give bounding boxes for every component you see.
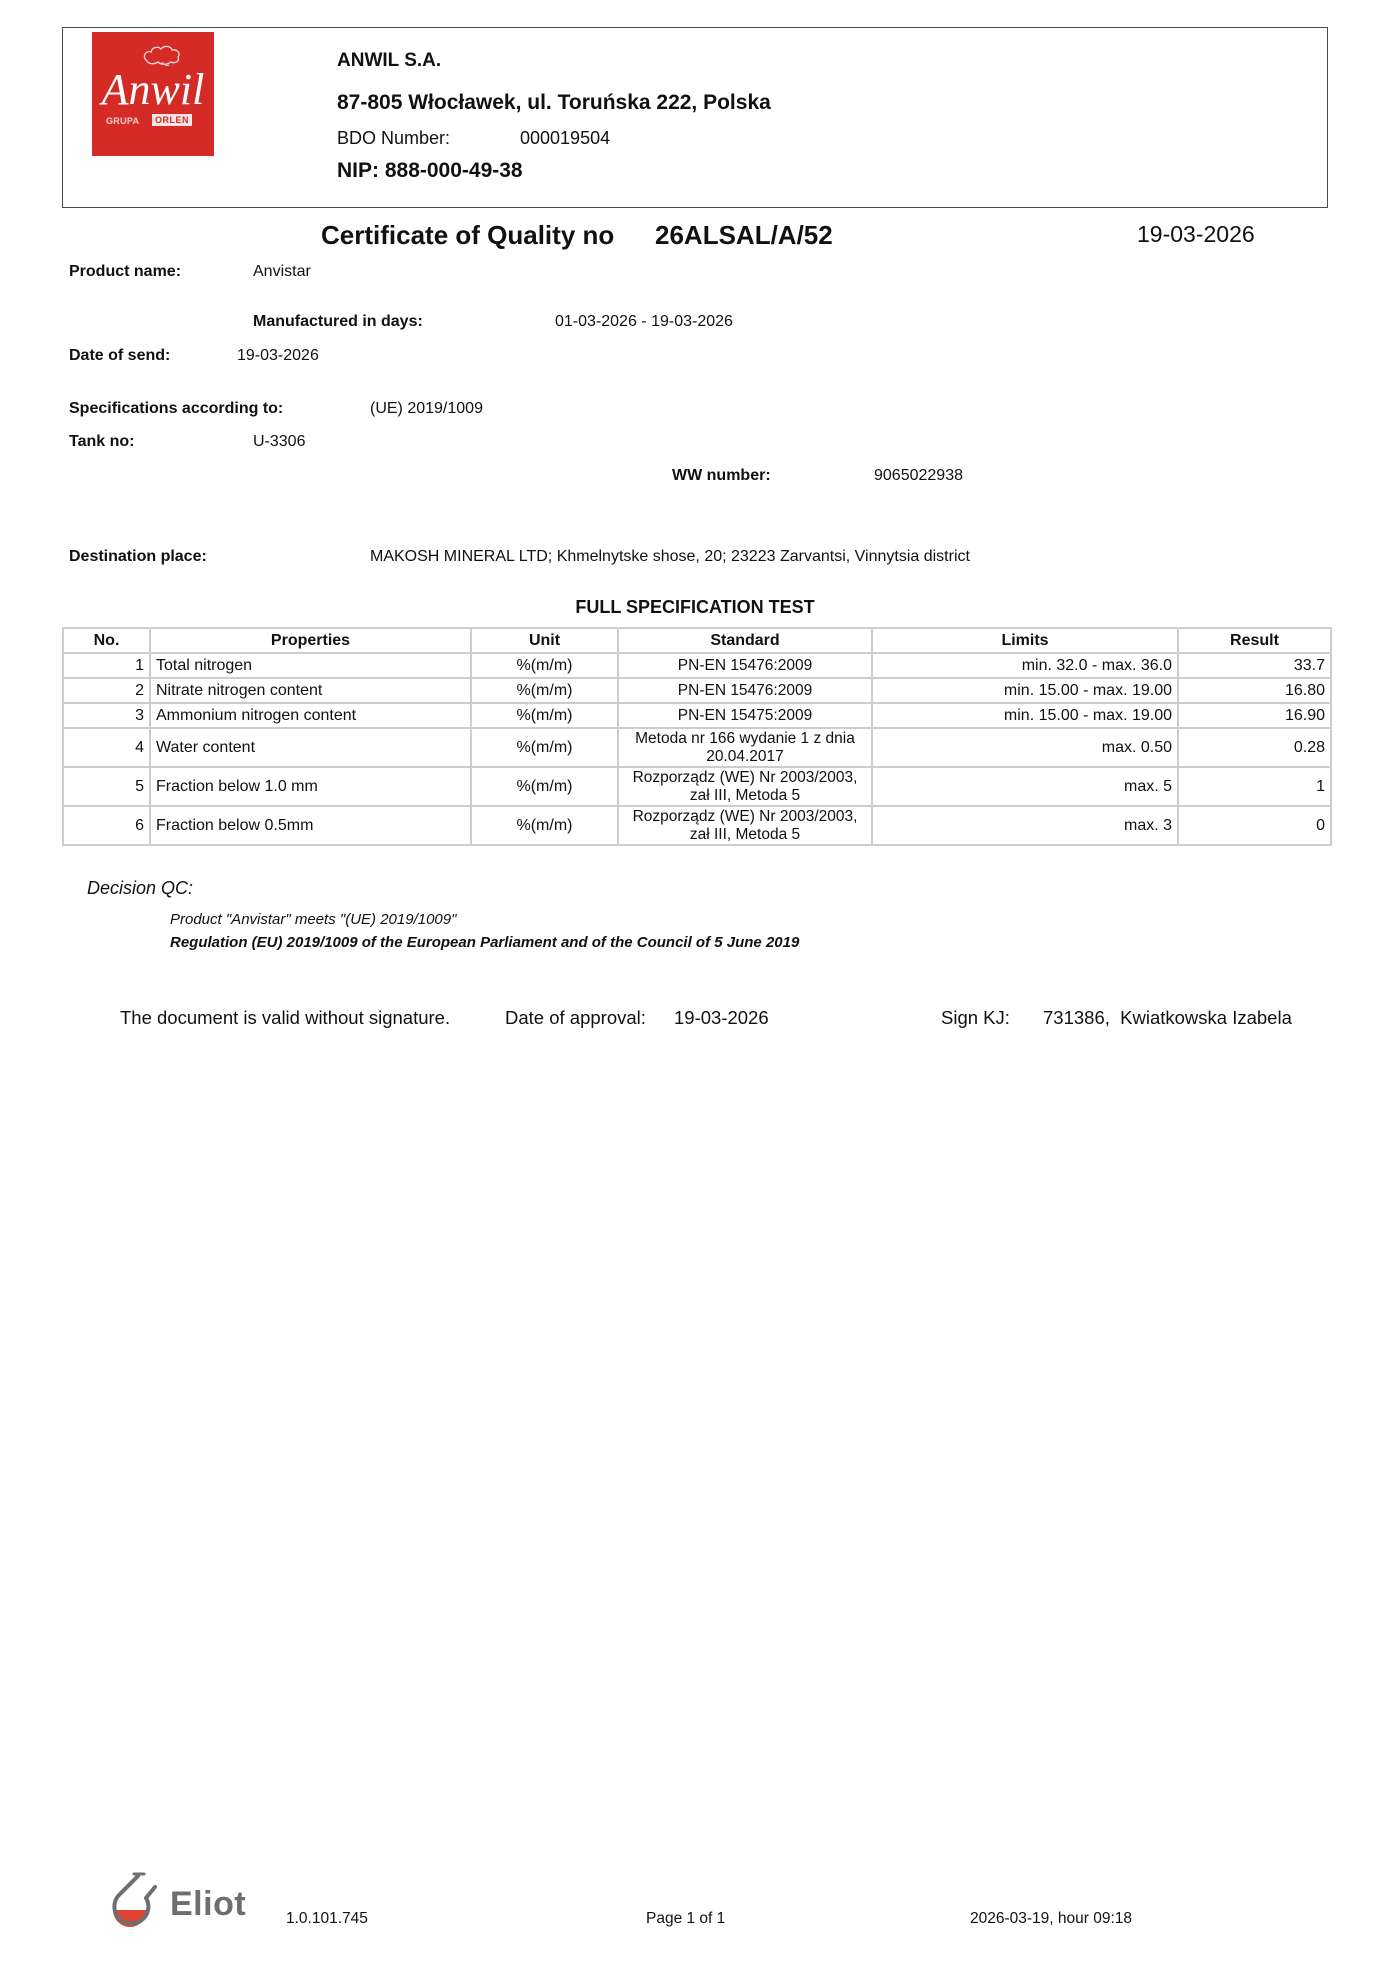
approval-date-value: 19-03-2026 [674,1007,769,1029]
header-no: No. [63,628,150,653]
decision-statement: Product "Anvistar" meets "(UE) 2019/1009… [170,911,456,928]
certificate-date: 19-03-2026 [1137,221,1255,248]
page-indicator: Page 1 of 1 [646,1910,725,1928]
row-property: Nitrate nitrogen content [150,678,471,703]
row-unit: %(m/m) [471,728,618,767]
manufactured-value: 01-03-2026 - 19-03-2026 [555,313,733,331]
row-limits: max. 0.50 [872,728,1178,767]
table-row: 3 Ammonium nitrogen content %(m/m) PN-EN… [63,703,1331,728]
row-no: 4 [63,728,150,767]
row-no: 5 [63,767,150,806]
row-result: 33.7 [1178,653,1331,678]
row-result: 1 [1178,767,1331,806]
decision-qc-label: Decision QC: [87,878,193,899]
validity-note: The document is valid without signature. [120,1007,450,1029]
row-no: 1 [63,653,150,678]
row-unit: %(m/m) [471,703,618,728]
tank-no-value: U-3306 [253,433,305,451]
row-no: 6 [63,806,150,845]
sign-kj-label: Sign KJ: [941,1007,1010,1029]
row-result: 0.28 [1178,728,1331,767]
logo-orlen-badge: ORLEN [152,114,192,126]
software-version: 1.0.101.745 [286,1910,368,1928]
table-row: 5 Fraction below 1.0 mm %(m/m) Rozporząd… [63,767,1331,806]
tank-no-label: Tank no: [69,433,134,451]
row-unit: %(m/m) [471,678,618,703]
row-result: 0 [1178,806,1331,845]
row-standard: PN-EN 15476:2009 [618,678,872,703]
company-address: 87-805 Włocławek, ul. Toruńska 222, Pols… [337,91,771,115]
anwil-logo: Anwil GRUPA ORLEN [92,32,214,156]
logo-wordmark: Anwil [92,68,214,112]
row-limits: max. 3 [872,806,1178,845]
table-row: 4 Water content %(m/m) Metoda nr 166 wyd… [63,728,1331,767]
header-properties: Properties [150,628,471,653]
product-name-value: Anvistar [253,263,311,281]
row-result: 16.90 [1178,703,1331,728]
ww-number-label: WW number: [672,467,771,485]
bdo-value: 000019504 [520,128,610,149]
specifications-label: Specifications according to: [69,400,283,418]
row-limits: min. 15.00 - max. 19.00 [872,703,1178,728]
approval-date-label: Date of approval: [505,1007,646,1029]
row-limits: min. 15.00 - max. 19.00 [872,678,1178,703]
header-limits: Limits [872,628,1178,653]
destination-value: MAKOSH MINERAL LTD; Khmelnytske shose, 2… [370,548,970,566]
eliot-wordmark: Eliot [170,1885,246,1924]
table-row: 2 Nitrate nitrogen content %(m/m) PN-EN … [63,678,1331,703]
table-row: 1 Total nitrogen %(m/m) PN-EN 15476:2009… [63,653,1331,678]
table-header-row: No. Properties Unit Standard Limits Resu… [63,628,1331,653]
ww-number-value: 9065022938 [874,467,963,485]
row-unit: %(m/m) [471,767,618,806]
bdo-label: BDO Number: [337,128,450,149]
company-header-box [62,27,1328,208]
row-property: Total nitrogen [150,653,471,678]
row-property: Fraction below 1.0 mm [150,767,471,806]
header-result: Result [1178,628,1331,653]
date-of-send-value: 19-03-2026 [237,347,319,365]
row-limits: min. 32.0 - max. 36.0 [872,653,1178,678]
row-standard: PN-EN 15475:2009 [618,703,872,728]
row-property: Fraction below 0.5mm [150,806,471,845]
specification-table: No. Properties Unit Standard Limits Resu… [62,627,1332,846]
cloud-icon [142,44,182,66]
nip-number: NIP: 888-000-49-38 [337,159,523,183]
destination-label: Destination place: [69,548,207,566]
manufactured-label: Manufactured in days: [253,313,423,331]
spec-table-title: FULL SPECIFICATION TEST [0,597,1390,618]
row-unit: %(m/m) [471,806,618,845]
table-row: 6 Fraction below 0.5mm %(m/m) Rozporządz… [63,806,1331,845]
decision-regulation: Regulation (EU) 2019/1009 of the Europea… [170,934,799,951]
generated-timestamp: 2026-03-19, hour 09:18 [970,1910,1132,1928]
row-standard: Rozporządz (WE) Nr 2003/2003, zał III, M… [618,767,872,806]
logo-group-text: GRUPA [106,116,139,126]
header-standard: Standard [618,628,872,653]
row-result: 16.80 [1178,678,1331,703]
row-no: 2 [63,678,150,703]
certificate-title: Certificate of Quality no [321,220,614,251]
header-unit: Unit [471,628,618,653]
row-limits: max. 5 [872,767,1178,806]
row-no: 3 [63,703,150,728]
company-name: ANWIL S.A. [337,50,441,72]
row-property: Ammonium nitrogen content [150,703,471,728]
row-standard: Rozporządz (WE) Nr 2003/2003, zał III, M… [618,806,872,845]
specifications-value: (UE) 2019/1009 [370,400,483,418]
certificate-number: 26ALSAL/A/52 [655,220,833,251]
row-property: Water content [150,728,471,767]
sign-kj-value: 731386, Kwiatkowska Izabela [1043,1007,1292,1029]
product-name-label: Product name: [69,263,181,281]
row-standard: Metoda nr 166 wydanie 1 z dnia 20.04.201… [618,728,872,767]
row-standard: PN-EN 15476:2009 [618,653,872,678]
row-unit: %(m/m) [471,653,618,678]
date-of-send-label: Date of send: [69,347,170,365]
